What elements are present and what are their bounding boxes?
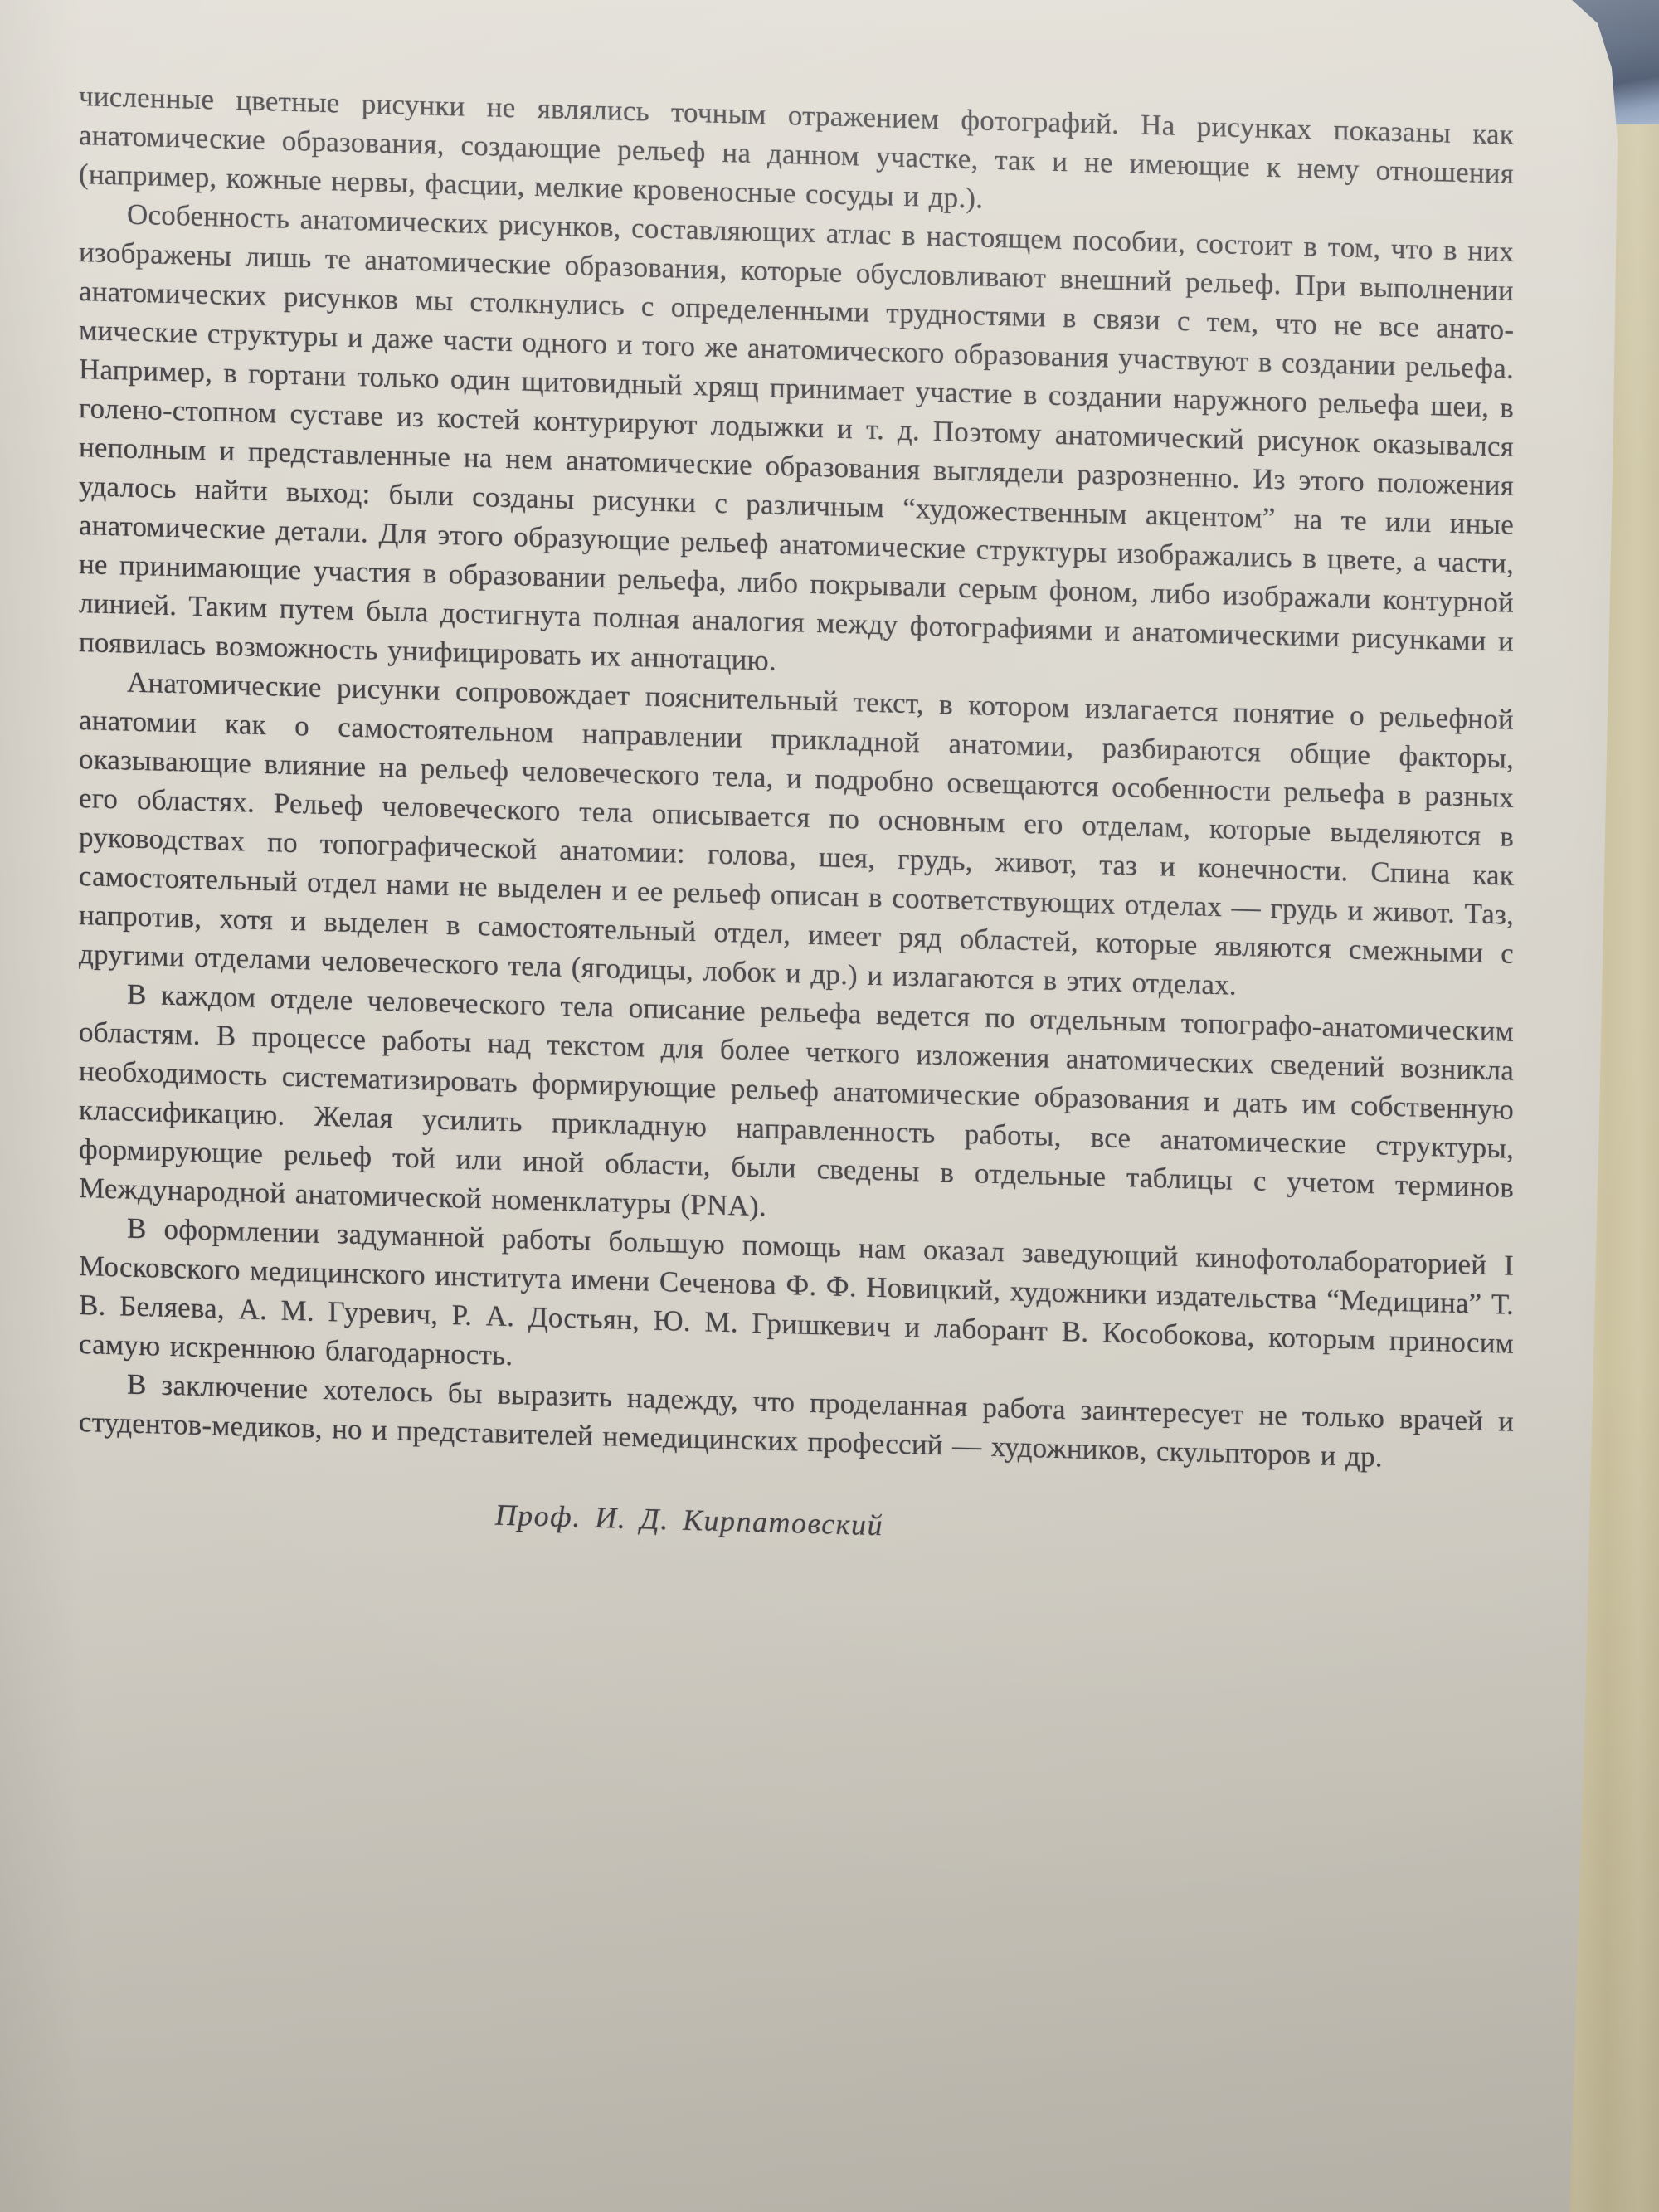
paragraph: В каждом отделе человеческого тела описа… bbox=[79, 973, 1514, 1246]
book-page: численные цветные рисунки не являлись то… bbox=[0, 0, 1659, 2212]
book-photo: численные цветные рисунки не являлись то… bbox=[0, 0, 1659, 2212]
author-signature: Проф. И. Д. Кирпатовский bbox=[495, 1498, 883, 1543]
paragraph: Особенность анатомических рисунков, сост… bbox=[79, 193, 1514, 700]
page-text: численные цветные рисунки не являлись то… bbox=[79, 76, 1514, 1560]
paragraph: Анатомические рисунки сопровождает поясн… bbox=[79, 661, 1514, 1012]
